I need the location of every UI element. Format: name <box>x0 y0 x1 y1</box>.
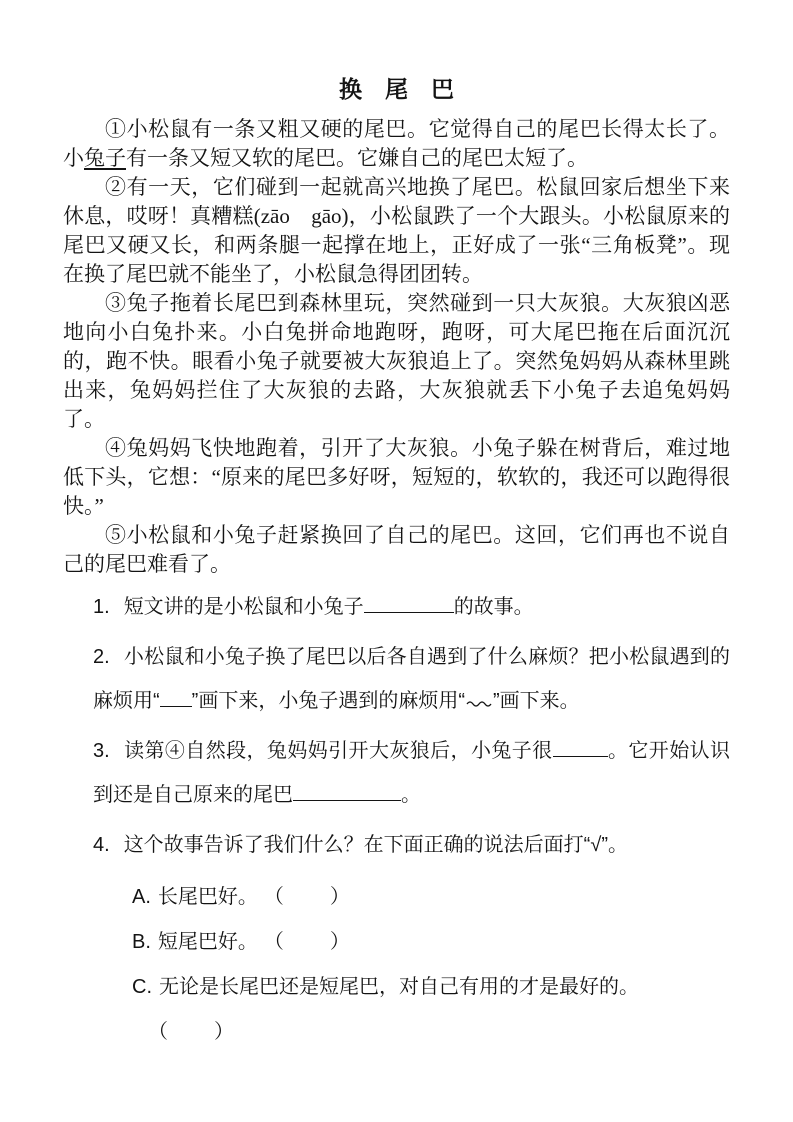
story-paragraph-2: ②有一天，它们碰到一起就高兴地换了尾巴。松鼠回家后想坐下来休息，哎呀！真糟糕(z… <box>63 173 730 289</box>
question-2-text-3: ”画下来。 <box>493 690 580 712</box>
question-1-number: 1. <box>93 596 110 618</box>
option-b-text: 短尾巴好。 <box>158 931 258 953</box>
option-c: C.无论是长尾巴还是短尾巴，对自己有用的才是最好的。（ ） <box>132 965 730 1055</box>
story-paragraph-5: ⑤小松鼠和小兔子赶紧换回了自己的尾巴。这回，它们再也不说自己的尾巴难看了。 <box>63 521 730 579</box>
question-4: 4.这个故事告诉了我们什么？在下面正确的说法后面打“√”。 <box>63 823 730 867</box>
underlined-word: 兔子 <box>84 146 126 170</box>
wavy-line-icon <box>466 679 492 723</box>
question-list: 1.短文讲的是小松鼠和小兔子的故事。 2.小松鼠和小兔子换了尾巴以后各自遇到了什… <box>63 585 730 1055</box>
option-list: A.长尾巴好。（ ） B.短尾巴好。（ ） C.无论是长尾巴还是短尾巴，对自己有… <box>63 875 730 1055</box>
option-b-label: B. <box>132 931 151 953</box>
question-3-text-post: 。 <box>401 784 421 806</box>
option-a-answer-parentheses: （ ） <box>274 886 352 908</box>
question-1: 1.短文讲的是小松鼠和小兔子的故事。 <box>63 585 730 629</box>
question-2-text-2: ”画下来，小兔子遇到的麻烦用“ <box>192 690 465 712</box>
option-a: A.长尾巴好。（ ） <box>132 875 730 920</box>
story-paragraph-1-end: 有一条又短又软的尾巴。它嫌自己的尾巴太短了。 <box>126 146 588 170</box>
answer-blank-q3-second <box>293 780 401 801</box>
question-2-number: 2. <box>93 646 110 668</box>
question-4-number: 4. <box>93 834 110 856</box>
question-1-text-pre: 短文讲的是小松鼠和小兔子 <box>124 596 364 618</box>
answer-blank-q1 <box>364 592 454 613</box>
option-c-text: 无论是长尾巴还是短尾巴，对自己有用的才是最好的。 <box>159 976 639 998</box>
story-paragraph-1: ①小松鼠有一条又粗又硬的尾巴。它觉得自己的尾巴长得太长了。小兔子有一条又短又软的… <box>63 115 730 173</box>
option-a-text: 长尾巴好。 <box>158 886 258 908</box>
worksheet-page: 换 尾 巴 ①小松鼠有一条又粗又硬的尾巴。它觉得自己的尾巴长得太长了。小兔子有一… <box>0 0 793 1122</box>
option-b-answer-parentheses: （ ） <box>274 931 352 953</box>
story-paragraph-4: ④兔妈妈飞快地跑着，引开了大灰狼。小兔子躲在树背后，难过地低下头，它想：“原来的… <box>63 434 730 521</box>
question-2: 2.小松鼠和小兔子换了尾巴以后各自遇到了什么麻烦？把小松鼠遇到的麻烦用“”画下来… <box>63 635 730 723</box>
option-b: B.短尾巴好。（ ） <box>132 920 730 965</box>
option-c-label: C. <box>132 976 152 998</box>
answer-blank-q3-first <box>553 736 608 757</box>
question-4-text: 这个故事告诉了我们什么？在下面正确的说法后面打“√”。 <box>124 834 628 856</box>
story-text: ①小松鼠有一条又粗又硬的尾巴。它觉得自己的尾巴长得太长了。小兔子有一条又短又软的… <box>63 115 730 579</box>
straight-line-mark <box>160 686 192 707</box>
option-c-answer-parentheses: （ ） <box>148 1021 236 1043</box>
question-1-text-post: 的故事。 <box>454 596 534 618</box>
page-title: 换 尾 巴 <box>63 76 730 104</box>
option-a-label: A. <box>132 886 151 908</box>
story-paragraph-3: ③兔子拖着长尾巴到森林里玩，突然碰到一只大灰狼。大灰狼凶恶地向小白兔扑来。小白兔… <box>63 289 730 434</box>
question-3-number: 3. <box>93 740 110 762</box>
question-3-text-pre: 读第④自然段，兔妈妈引开大灰狼后，小兔子很 <box>124 740 553 762</box>
question-3: 3.读第④自然段，兔妈妈引开大灰狼后，小兔子很。它开始认识到还是自己原来的尾巴。 <box>63 729 730 817</box>
